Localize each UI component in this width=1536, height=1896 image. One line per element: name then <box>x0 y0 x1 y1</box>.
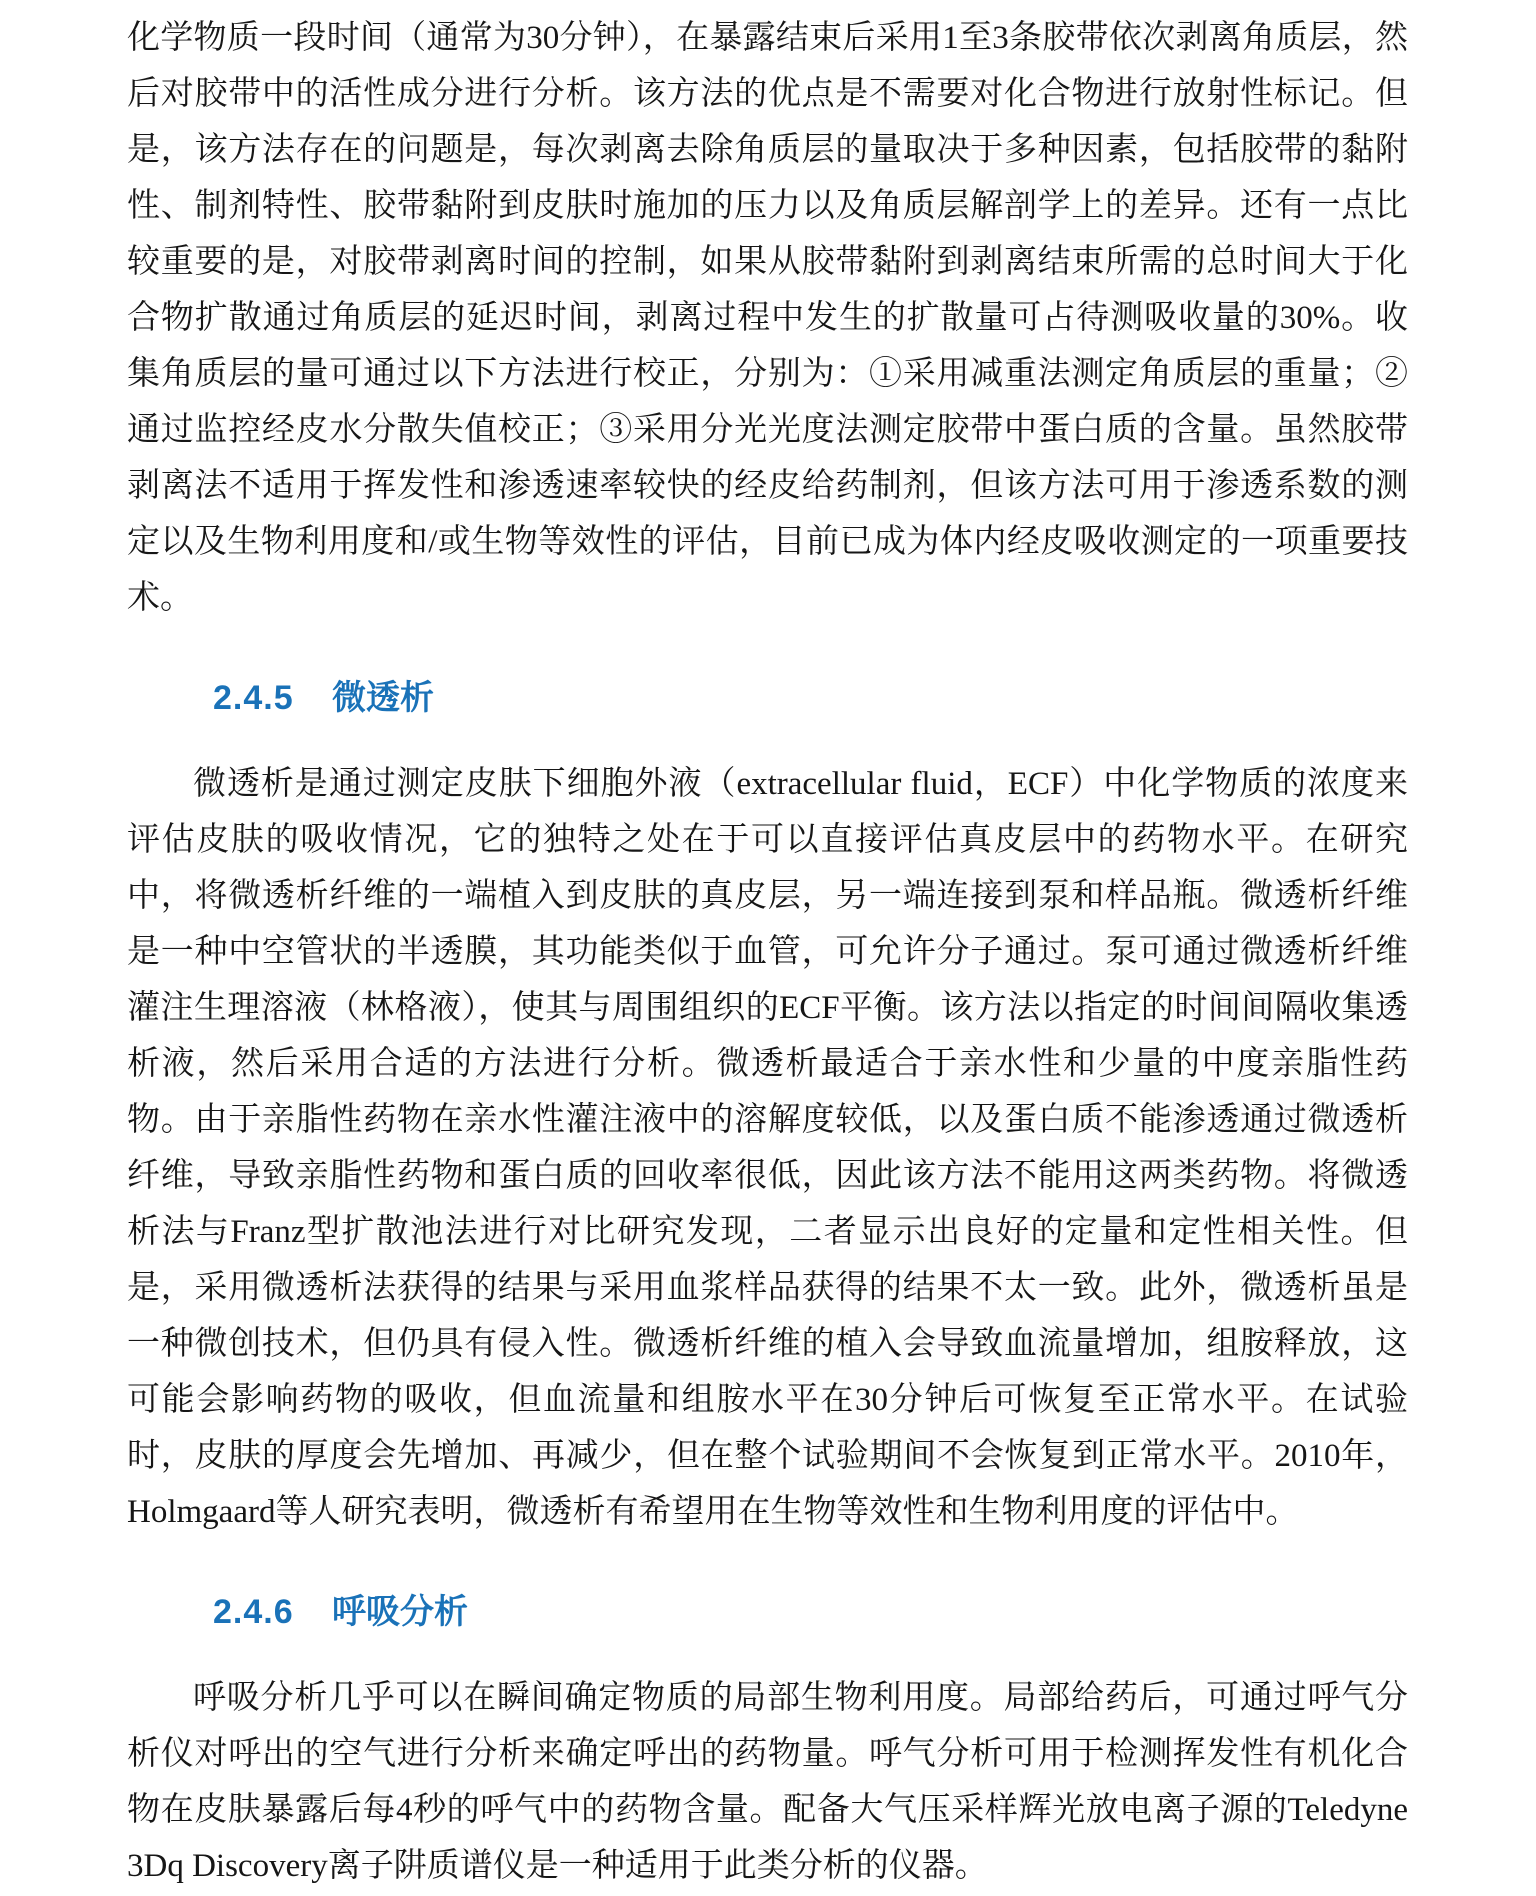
section-title-breath-analysis: 呼吸分析 <box>332 1593 468 1631</box>
section-heading-2-4-6: 2.4.6 呼吸分析 <box>213 1592 1408 1632</box>
section-heading-2-4-5: 2.4.5 微透析 <box>213 678 1408 718</box>
paragraph-tape-stripping-continued: 化学物质一段时间（通常为30分钟），在暴露结束后采用1至3条胶带依次剥离角质层，… <box>127 10 1408 626</box>
paragraph-breath-analysis: 呼吸分析几乎可以在瞬间确定物质的局部生物利用度。局部给药后，可通过呼气分析仪对呼… <box>127 1670 1408 1894</box>
section-title-microdialysis: 微透析 <box>332 679 434 717</box>
section-number-2-4-6: 2.4.6 <box>213 1593 294 1631</box>
document-page: 化学物质一段时间（通常为30分钟），在暴露结束后采用1至3条胶带依次剥离角质层，… <box>0 0 1536 1896</box>
paragraph-microdialysis: 微透析是通过测定皮肤下细胞外液（extracellular fluid，ECF）… <box>127 756 1408 1540</box>
section-number-2-4-5: 2.4.5 <box>213 679 294 717</box>
